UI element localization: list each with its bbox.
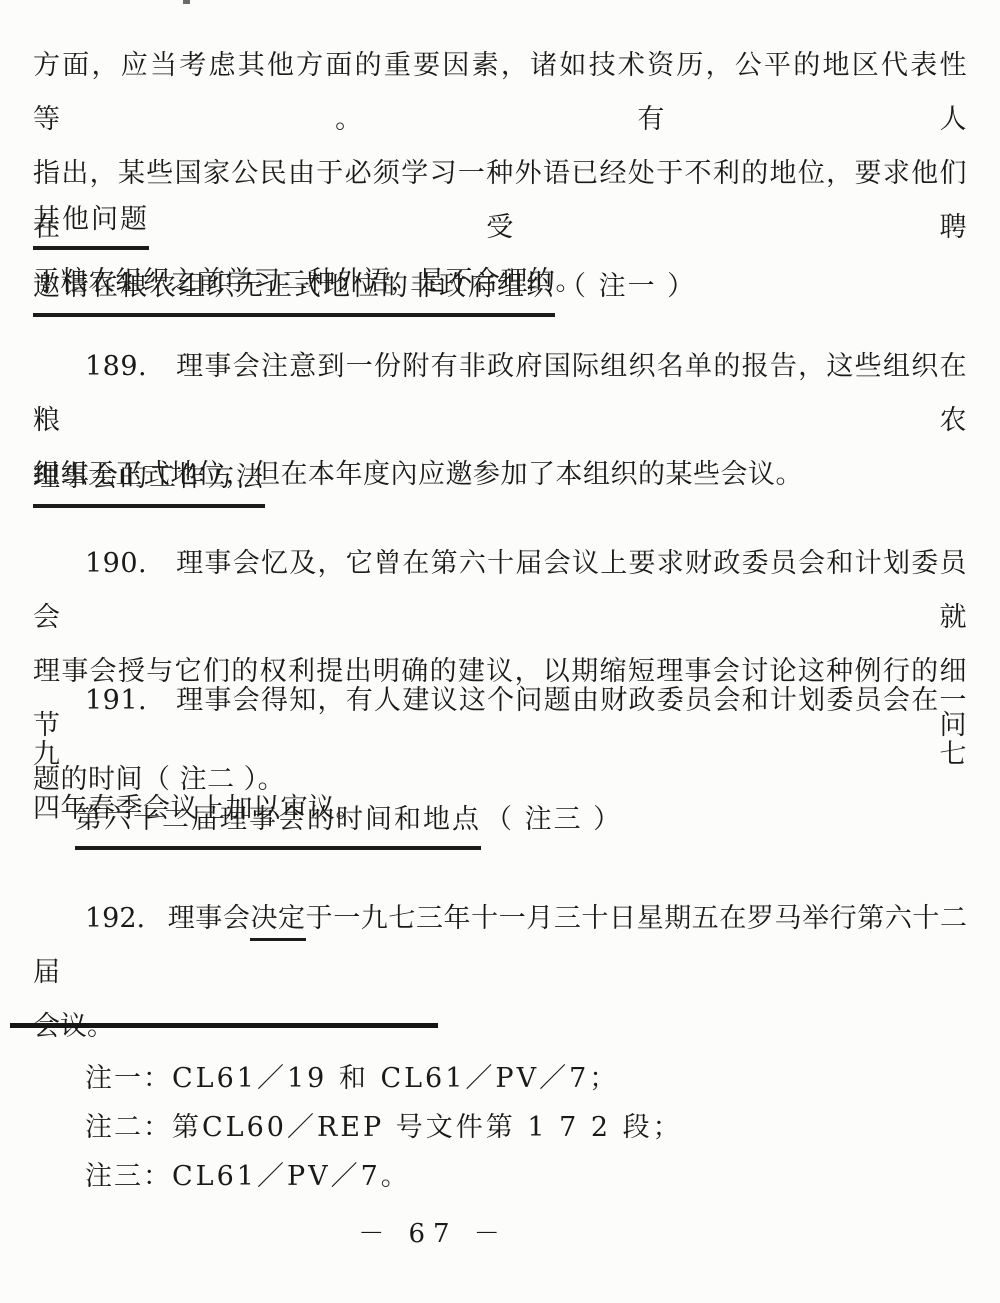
text-line: 191. 理事会得知，有人建议这个问题由财政委员会和计划委员会在一九七 bbox=[33, 674, 967, 782]
footnote-3-text: CL61／PV／7。 bbox=[172, 1161, 411, 1192]
paragraph-192-underlined-word: 决定 bbox=[250, 903, 305, 941]
page-number: － 67 － bbox=[33, 1213, 833, 1250]
heading-ngo-invitation-text: 邀请在粮农组织无正式地位的非政府组织 bbox=[33, 272, 555, 317]
footnote-1: 注一：CL61／19 和 CL61／PV／7； bbox=[85, 1054, 967, 1103]
footnote-2: 注二：第CL60／REP 号文件第 1 7 2 段； bbox=[85, 1103, 967, 1152]
text-line: 189. 理事会注意到一份附有非政府国际组织名单的报告，这些组织在粮农 bbox=[33, 340, 967, 448]
scanned-document-page: 方面，应当考虑其他方面的重要因素，诸如技术资历，公平的地区代表性等。有人指出，某… bbox=[0, 0, 1000, 1303]
heading-working-methods: 理事会的工作方法 bbox=[33, 463, 967, 508]
heading-ngo-invitation: 邀请在粮农组织无正式地位的非政府组织（ 注一 ） bbox=[33, 272, 967, 317]
footnote-3-label: 注三： bbox=[85, 1161, 172, 1192]
footnote-separator bbox=[10, 1023, 438, 1028]
footnote-ref-1: （ 注一 ） bbox=[555, 271, 696, 302]
paragraph-192: 192.理事会决定于一九七三年十一月三十日星期五在罗马举行第六十二届 会议。 bbox=[33, 892, 967, 1054]
heading-other-matters: 其他问题 bbox=[33, 205, 967, 250]
heading-62nd-session-text: 第六十二届理事会的时间和地点 bbox=[75, 805, 481, 850]
footnote-1-text: CL61／19 和 CL61／PV／7； bbox=[172, 1063, 619, 1094]
footnotes: 注一：CL61／19 和 CL61／PV／7； 注二：第CL60／REP 号文件… bbox=[85, 1054, 967, 1201]
footnote-1-label: 注一： bbox=[85, 1063, 172, 1094]
footnote-ref-3: （ 注三 ） bbox=[481, 804, 622, 835]
paragraph-192-number: 192. bbox=[85, 903, 145, 934]
footnote-2-label: 注二： bbox=[85, 1112, 172, 1143]
scan-speck bbox=[183, 0, 190, 4]
text-line: 190. 理事会忆及，它曾在第六十届会议上要求财政委员会和计划委员会就 bbox=[33, 537, 967, 645]
heading-other-matters-text: 其他问题 bbox=[33, 205, 149, 250]
paragraph-192-pre: 理事会 bbox=[167, 903, 250, 934]
footnote-3: 注三：CL61／PV／7。 bbox=[85, 1152, 967, 1201]
footnote-2-text: 第CL60／REP 号文件第 1 7 2 段； bbox=[172, 1112, 683, 1143]
paragraph-192-line-1: 192.理事会决定于一九七三年十一月三十日星期五在罗马举行第六十二届 bbox=[33, 892, 967, 1000]
text-line: 方面，应当考虑其他方面的重要因素，诸如技术资历，公平的地区代表性等。有人 bbox=[33, 39, 967, 147]
heading-working-methods-text: 理事会的工作方法 bbox=[33, 463, 265, 508]
intro-paragraph: 方面，应当考虑其他方面的重要因素，诸如技术资历，公平的地区代表性等。有人指出，某… bbox=[33, 39, 967, 309]
heading-62nd-session: 第六十二届理事会的时间和地点（ 注三 ） bbox=[75, 805, 967, 850]
